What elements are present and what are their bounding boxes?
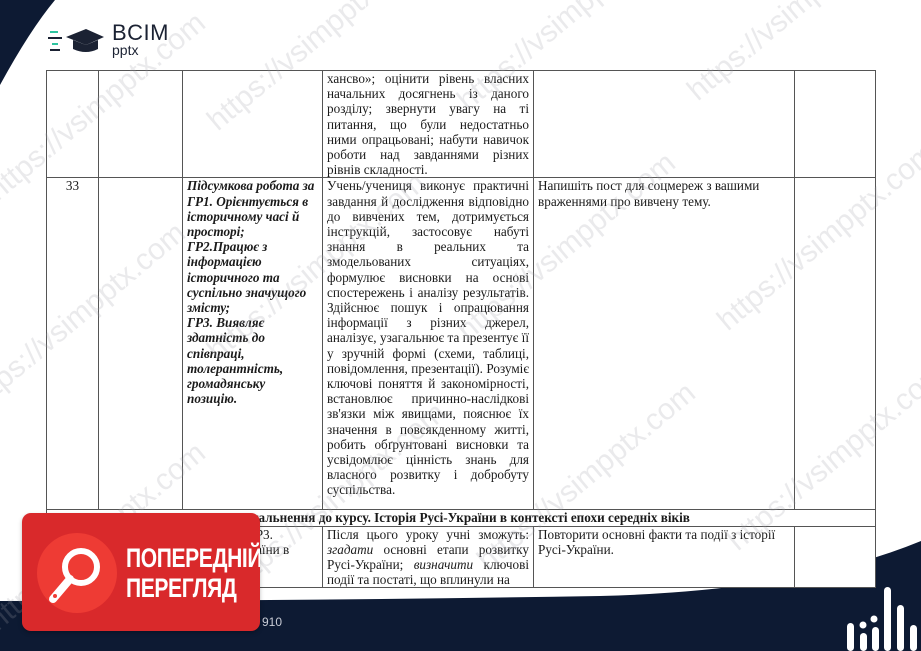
cell-outcomes: Учень/учениця виконує практичні завдання… [323,178,534,510]
cell-lesson-number: 33 [47,178,99,510]
cell-homework: Напишіть пост для соцмереж з вашими враж… [534,178,795,510]
outcomes-verb: згадати [327,542,373,557]
cell-topic: Підсумкова робота за ГР1. Орієнтується в… [183,178,323,510]
graduation-cap-icon [48,25,108,55]
topic-line: здатність до [187,330,318,345]
decorative-bars-icon [841,581,921,651]
cell-outcomes: хансво»; оцінити рівень власних начальни… [323,71,534,178]
magnifier-icon [37,533,117,613]
cell-notes [795,71,876,178]
cell-notes [795,526,876,588]
preview-circle [37,533,117,613]
cell-homework [534,71,795,178]
preview-badge[interactable]: ПОПЕРЕДНІЙ ПЕРЕГЛЯД [22,513,260,631]
topic-line: змісту; [187,300,318,315]
topic-line: суспільно значущого [187,285,318,300]
cell-homework: Повторити основні факти та події з істор… [534,526,795,588]
preview-line-1: ПОПЕРЕДНІЙ [126,543,260,573]
cell-col2 [99,71,183,178]
topic-line: толерантність, [187,361,318,376]
cell-notes [795,178,876,510]
topic-line: позицію. [187,391,318,406]
cell-outcomes: Після цього уроку учні зможуть: згадати … [323,526,534,588]
curriculum-table: хансво»; оцінити рівень власних начальни… [46,70,876,588]
topic-line: просторі; [187,224,318,239]
brand-title: BCIM [112,22,169,44]
table-row: хансво»; оцінити рівень власних начальни… [47,71,876,178]
table-row: 33 Підсумкова робота за ГР1. Орієнтуєтьс… [47,178,876,510]
topic-line: ГР3. Виявляє [187,315,318,330]
topic-line: історичного та [187,270,318,285]
brand-logo: BCIM pptx [48,22,169,57]
topic-line: історичному часі й [187,209,318,224]
outcomes-verb: визначити [414,557,473,572]
brand-subtitle: pptx [112,43,169,57]
cell-topic [183,71,323,178]
cell-num [47,71,99,178]
topic-line: співпраці, [187,346,318,361]
topic-line: ГР1. Орієнтується в [187,194,318,209]
topic-line: Підсумкова робота за [187,178,318,193]
topic-line: ГР2.Працює з [187,239,318,254]
preview-label: ПОПЕРЕДНІЙ ПЕРЕГЛЯД [126,543,260,603]
preview-line-2: ПЕРЕГЛЯД [126,573,260,603]
page-number: 910 [262,615,282,629]
cell-col2 [99,178,183,510]
outcomes-text: Після цього уроку учні зможуть: [327,527,529,542]
topic-line: громадянську [187,376,318,391]
topic-line: інформацією [187,254,318,269]
